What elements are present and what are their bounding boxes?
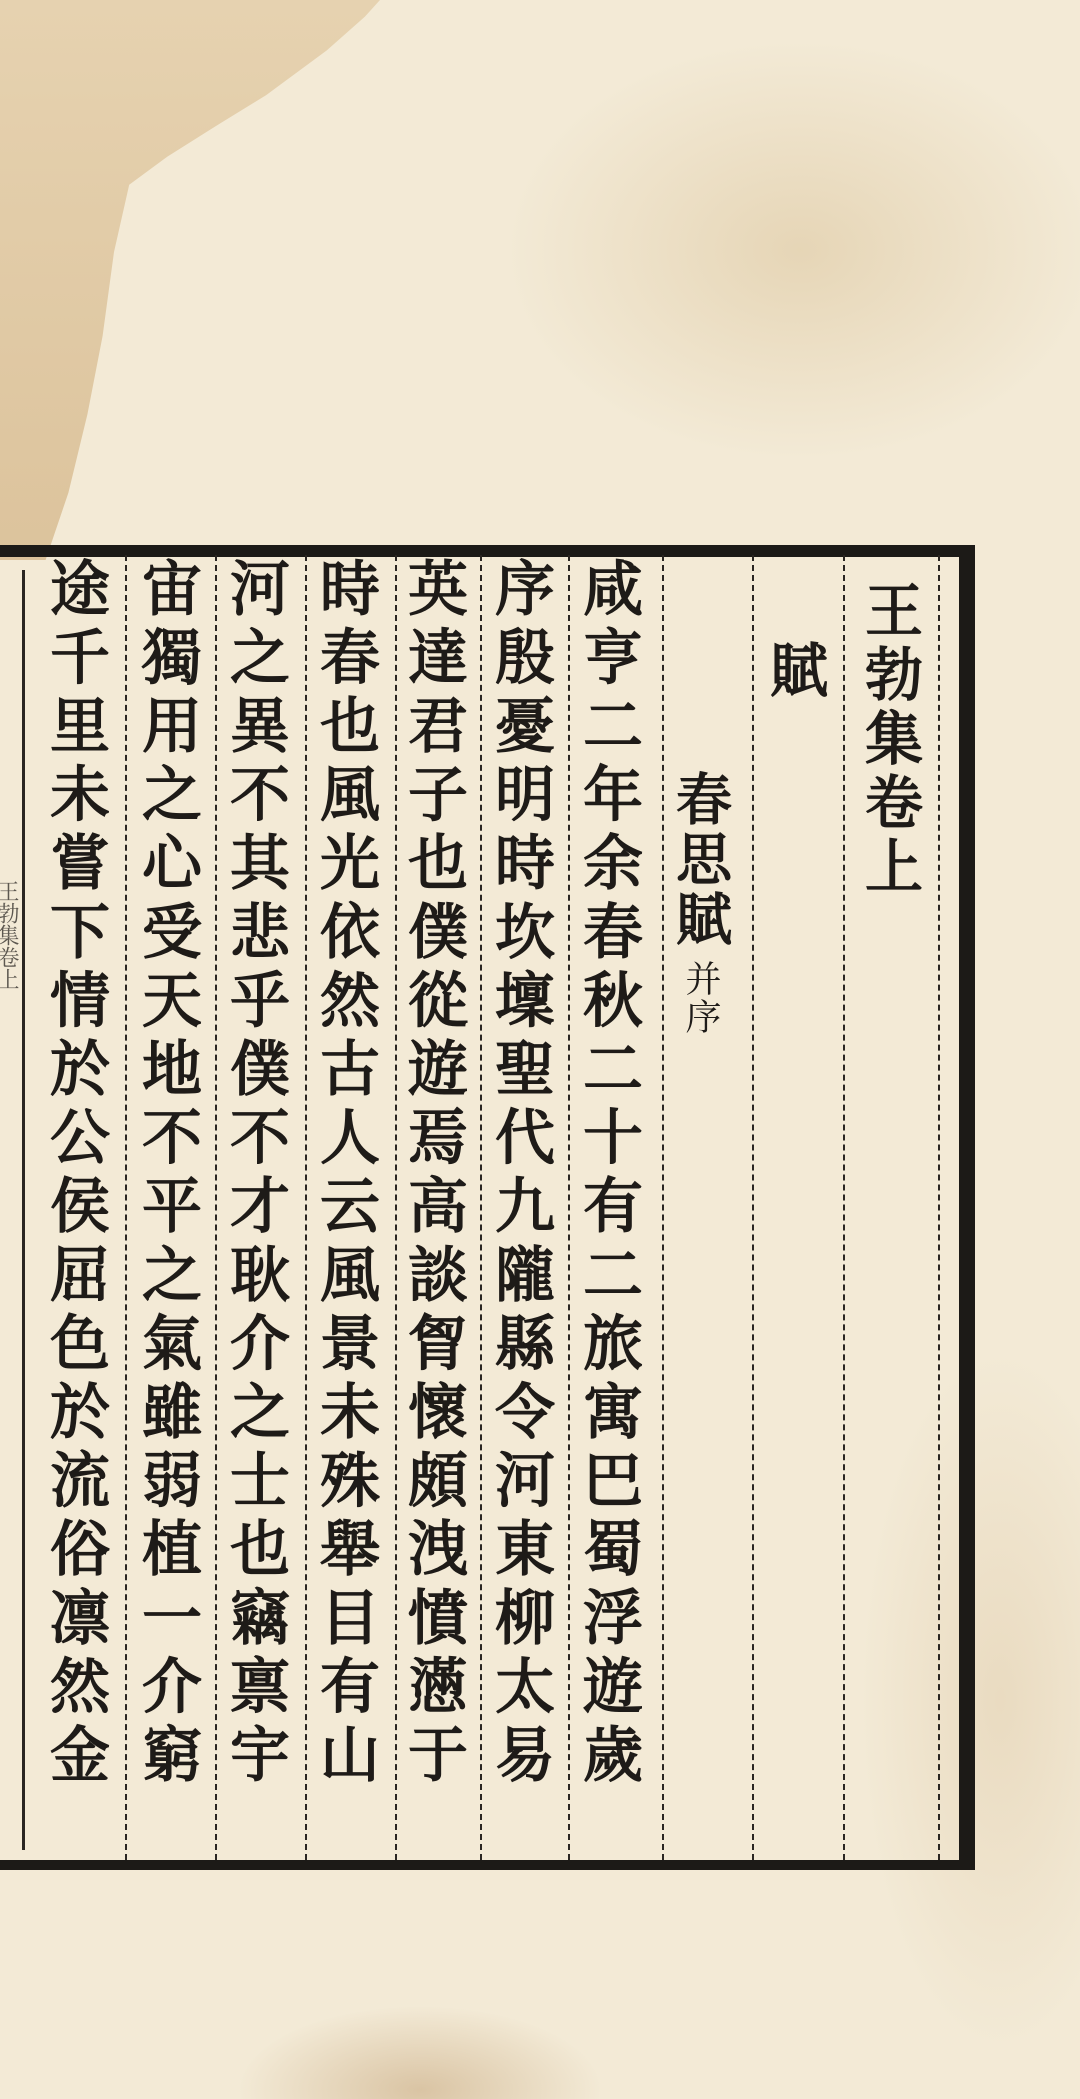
column-rule xyxy=(662,555,664,1860)
column-rule xyxy=(843,555,845,1860)
column-rule xyxy=(752,555,754,1860)
piece-title-text: 春思賦 xyxy=(667,770,733,950)
torn-paper-region xyxy=(0,0,380,560)
column-rule xyxy=(215,555,217,1860)
text-column-2: 序殷憂明時坎壈聖代九隴縣令河東柳太易 xyxy=(490,557,550,1792)
column-rule xyxy=(395,555,397,1860)
column-rule xyxy=(938,555,940,1860)
column-rule xyxy=(305,555,307,1860)
piece-title-note: 并序 xyxy=(680,960,721,1036)
column-rule xyxy=(125,555,127,1860)
column-rule xyxy=(568,555,570,1860)
column-rule xyxy=(480,555,482,1860)
text-column-1: 咸亨二年余春秋二十有二旅寓巴蜀浮遊歲 xyxy=(578,557,638,1792)
text-column-7: 途千里未嘗下情於公侯屈色於流俗凛然金 xyxy=(45,557,105,1792)
fold-margin-text: 王勃集卷上 xyxy=(0,880,22,1140)
text-column-6: 宙獨用之心受天地不平之氣雖弱植一介窮 xyxy=(137,557,197,1792)
fold-margin-rule xyxy=(22,570,25,1850)
text-column-4: 時春也風光依然古人云風景未殊舉目有山 xyxy=(315,557,375,1792)
collection-title: 王勃集卷上 xyxy=(860,580,918,900)
text-column-3: 英達君子也僕從遊焉高談胷懷頗洩憤懣于 xyxy=(403,557,463,1792)
book-page: 王勃集卷上 王勃集卷上 賦 春思賦并序 咸亨二年余春秋二十有二旅寓巴蜀浮遊歲 序… xyxy=(0,0,1080,2099)
piece-title: 春思賦并序 xyxy=(672,770,728,1036)
genre-heading: 賦 xyxy=(765,640,823,707)
text-column-5: 河之異不其悲乎僕不才耿介之士也竊禀宇 xyxy=(225,557,285,1792)
